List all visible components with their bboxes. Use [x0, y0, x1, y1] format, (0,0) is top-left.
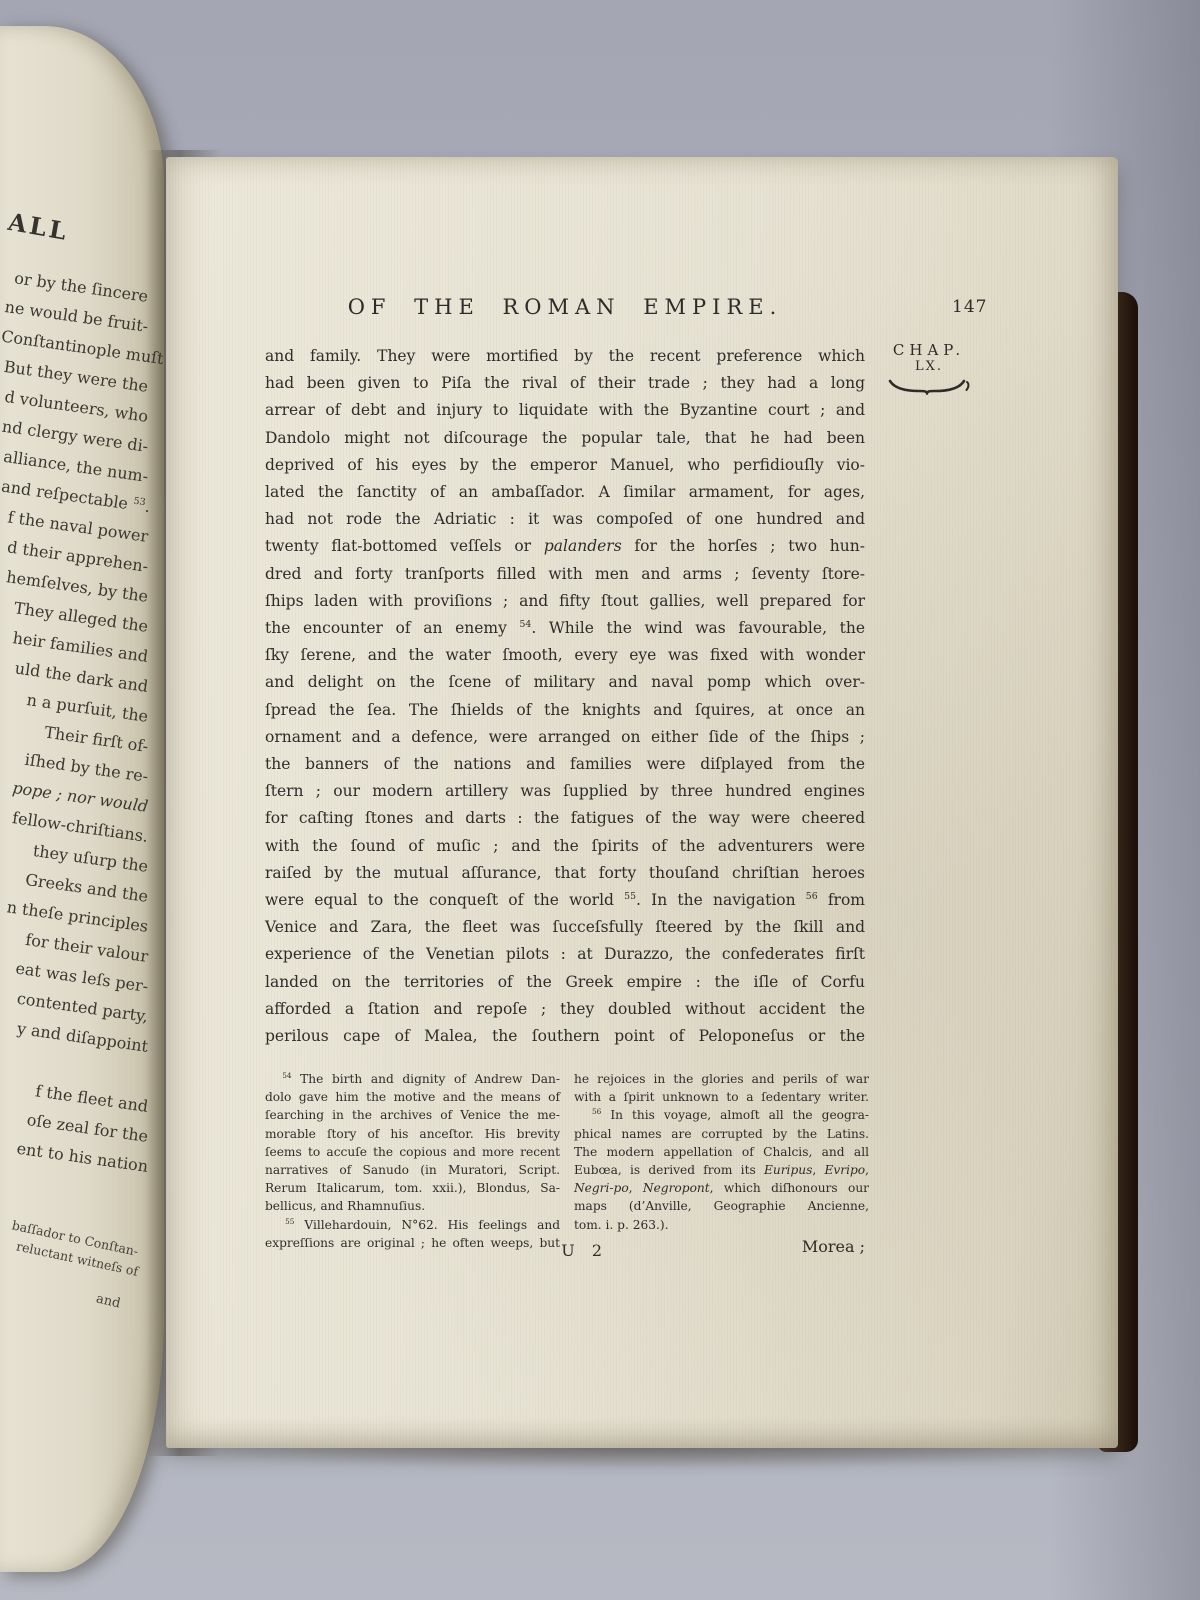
text-line: had not rode the Adriatic : it was compo…: [265, 506, 865, 533]
signature-mark: U 2: [561, 1241, 608, 1260]
text-line: arrear of debt and injury to liquidate w…: [265, 397, 865, 424]
text-line: ſeems to accuſe the copious and more rec…: [265, 1143, 560, 1161]
text-line: had been given to Piſa the rival of thei…: [265, 370, 865, 397]
footnotes: 54 The birth and dignity of Andrew Dan-d…: [265, 1070, 869, 1252]
text-line: twenty flat-bottomed veſſels or palander…: [265, 533, 865, 560]
text-line: the banners of the nations and families …: [265, 751, 865, 778]
text-line: perilous cape of Malea, the ſouthern poi…: [265, 1023, 865, 1050]
text-line: deprived of his eyes by the emperor Manu…: [265, 452, 865, 479]
text-line: and family. They were mortified by the r…: [265, 343, 865, 370]
text-line: ornament and a defence, were arranged on…: [265, 724, 865, 751]
text-line: narratives of Sanudo (in Muratori, Scrip…: [265, 1161, 560, 1179]
text-line: ſearching in the archives of Venice the …: [265, 1106, 560, 1124]
text-line: lated the ſanctity of an ambaſſador. A ſ…: [265, 479, 865, 506]
left-page: ALL or by the ſincerene would be fruit-C…: [0, 26, 164, 1572]
book-photo: ALL or by the ſincerene would be fruit-C…: [0, 0, 1200, 1600]
text-line: Venice and Zara, the fleet was ſucceſsfu…: [265, 914, 865, 941]
text-line: dred and forty tranſports filled with me…: [265, 561, 865, 588]
body-text: and family. They were mortified by the r…: [265, 343, 865, 1050]
chapter-label: CHAP.: [874, 341, 984, 359]
text-line: ſpread the ſea. The ſhields of the knigh…: [265, 697, 865, 724]
catchword: Morea ;: [802, 1237, 865, 1256]
text-line: tom. i. p. 263.).: [574, 1216, 869, 1234]
right-page: OF THE ROMAN EMPIRE. 147 CHAP. LX. and f…: [166, 157, 1118, 1448]
text-line: 55 Villehardouin, N°62. His feelings and: [265, 1216, 560, 1234]
text-line: with a ſpirit unknown to a ſedentary wri…: [574, 1088, 869, 1106]
text-line: Rerum Italicarum, tom. xxii.), Blondus, …: [265, 1179, 560, 1197]
left-page-catchword: and: [94, 1291, 121, 1311]
text-line: landed on the territories of the Greek e…: [265, 969, 865, 996]
text-line: The modern appellation of Chalcis, and a…: [574, 1143, 869, 1161]
text-line: afforded a ſtation and repoſe ; they dou…: [265, 996, 865, 1023]
signature-row: U 2 Morea ;: [265, 1241, 865, 1265]
text-line: ſhips laden with proviſions ; and fifty …: [265, 588, 865, 615]
text-line: experience of the Venetian pilots : at D…: [265, 941, 865, 968]
text-line: ſky ſerene, and the water ſmooth, every …: [265, 642, 865, 669]
text-line: raiſed by the mutual aſſurance, that for…: [265, 860, 865, 887]
text-line: morable ſtory of his anceſtor. His brevi…: [265, 1125, 560, 1143]
chapter-number: LX.: [874, 359, 984, 374]
page-number: 147: [952, 297, 987, 317]
text-line: phical names are corrupted by the Latins…: [574, 1125, 869, 1143]
text-line: for caſting ſtones and darts : the fatig…: [265, 805, 865, 832]
footnote-column-right: he rejoices in the glories and perils of…: [574, 1070, 869, 1252]
text-line: Eubœa, is derived from its Euripus, Evri…: [574, 1161, 869, 1179]
left-page-running-header-fragment: ALL: [6, 207, 71, 246]
text-line: Dandolo might not diſcourage the popular…: [265, 425, 865, 452]
text-line: ſtern ; our modern artillery was ſupplie…: [265, 778, 865, 805]
text-line: and delight on the ſcene of military and…: [265, 669, 865, 696]
text-line: 54 The birth and dignity of Andrew Dan-: [265, 1070, 560, 1088]
running-header: OF THE ROMAN EMPIRE.: [265, 295, 865, 319]
text-line: dolo gave him the motive and the means o…: [265, 1088, 560, 1106]
text-line: maps (d’Anville, Geographie Ancienne,: [574, 1197, 869, 1215]
text-line: Negri-po, Negropont, which diſhonours ou…: [574, 1179, 869, 1197]
chapter-brace-decoration: [887, 377, 971, 395]
footnote-column-left: 54 The birth and dignity of Andrew Dan-d…: [265, 1070, 560, 1252]
chapter-side-note: CHAP. LX.: [874, 341, 984, 395]
text-line: with the ſound of muſic ; and the ſpirit…: [265, 833, 865, 860]
left-page-text-fragments: or by the ſincerene would be fruit-Conſt…: [0, 282, 148, 1182]
text-line: were equal to the conqueſt of the world …: [265, 887, 865, 914]
text-line: bellicus, and Rhamnuſius.: [265, 1197, 560, 1215]
text-line: he rejoices in the glories and perils of…: [574, 1070, 869, 1088]
text-line: the encounter of an enemy 54. While the …: [265, 615, 865, 642]
left-page-footnote-fragments: baſſador to Conſtan-reluctant witneſs of: [0, 1242, 138, 1282]
text-line: 56 In this voyage, almoſt all the geogra…: [574, 1106, 869, 1124]
